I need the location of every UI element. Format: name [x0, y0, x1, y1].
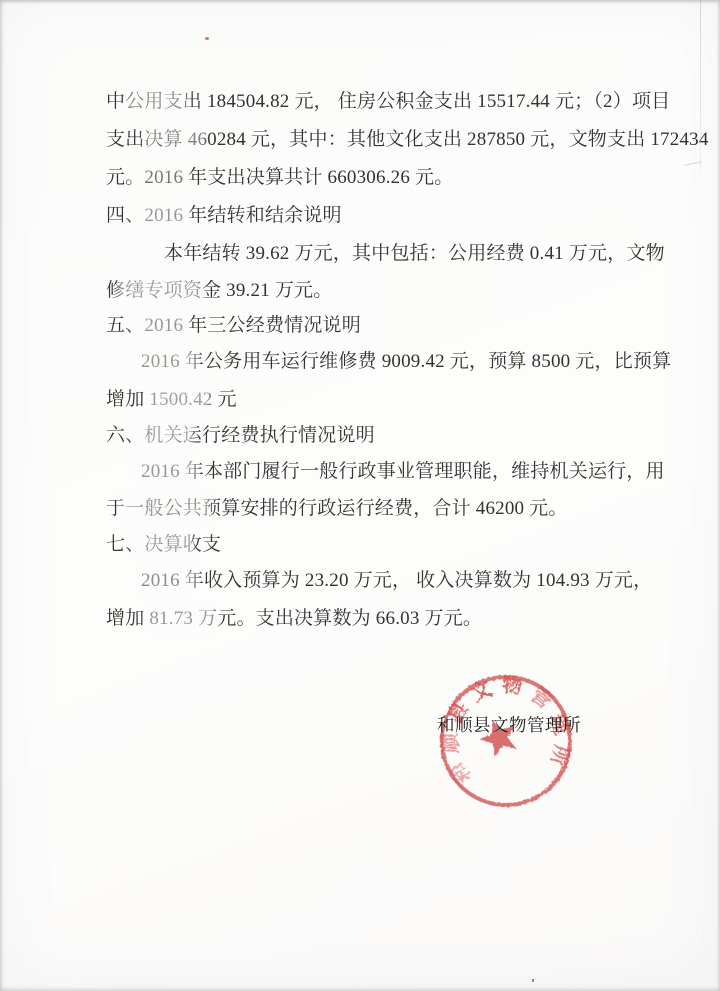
- section-heading: 七、决算收支: [106, 532, 221, 558]
- section-heading: 五、2016 年三公经费情况说明: [106, 313, 361, 339]
- doc-line: 中公用支出 184504.82 元， 住房公积金支出 15517.44 元；（2…: [106, 89, 670, 115]
- svg-text:所: 所: [546, 743, 574, 769]
- doc-line: 本年结转 39.62 万元，其中包括：公用经费 0.41 万元，文物: [164, 241, 665, 267]
- section-heading: 六、机关运行经费执行情况说明: [106, 423, 375, 449]
- svg-text:文: 文: [467, 677, 495, 706]
- seal-overlay-text: 和顺县文物管理所: [437, 712, 581, 737]
- doc-line: 增加 1500.42 元: [106, 387, 237, 413]
- section-heading: 四、2016 年结转和结余说明: [106, 203, 342, 229]
- doc-line: 增加 81.73 万元。支出决算数为 66.03 万元。: [106, 606, 482, 632]
- doc-line: 于一般公共预算安排的行政运行经费，合计 46200 元。: [106, 496, 568, 522]
- doc-line: 元。2016 年支出决算共计 660306.26 元。: [106, 165, 453, 191]
- scanned-page: 中公用支出 184504.82 元， 住房公积金支出 15517.44 元；（2…: [0, 0, 720, 991]
- svg-text:管: 管: [526, 682, 557, 713]
- doc-line: 支出决算 460284 元，其中：其他文化支出 287850 元，文物支出 17…: [106, 127, 709, 153]
- doc-line: 2016 年本部门履行一般行政事业管理职能，维持机关运行，用: [141, 459, 665, 485]
- doc-line: 2016 年公务用车运行维修费 9009.42 元，预算 8500 元，比预算: [141, 349, 671, 375]
- seal-ring: [432, 667, 580, 815]
- official-seal: 和 顺 县 文 物 管 理 所: [430, 665, 582, 817]
- dust-speck: [532, 979, 534, 982]
- fold-crease-line: [700, 0, 701, 170]
- svg-text:和: 和: [445, 758, 476, 788]
- red-ink-speck: [205, 37, 209, 40]
- official-seal-graphic: 和 顺 县 文 物 管 理 所: [430, 665, 582, 817]
- doc-line: 修缮专项资金 39.21 万元。: [106, 278, 332, 304]
- doc-line: 2016 年收入预算为 23.20 万元， 收入决算数为 104.93 万元，: [141, 568, 652, 594]
- svg-text:物: 物: [501, 672, 523, 698]
